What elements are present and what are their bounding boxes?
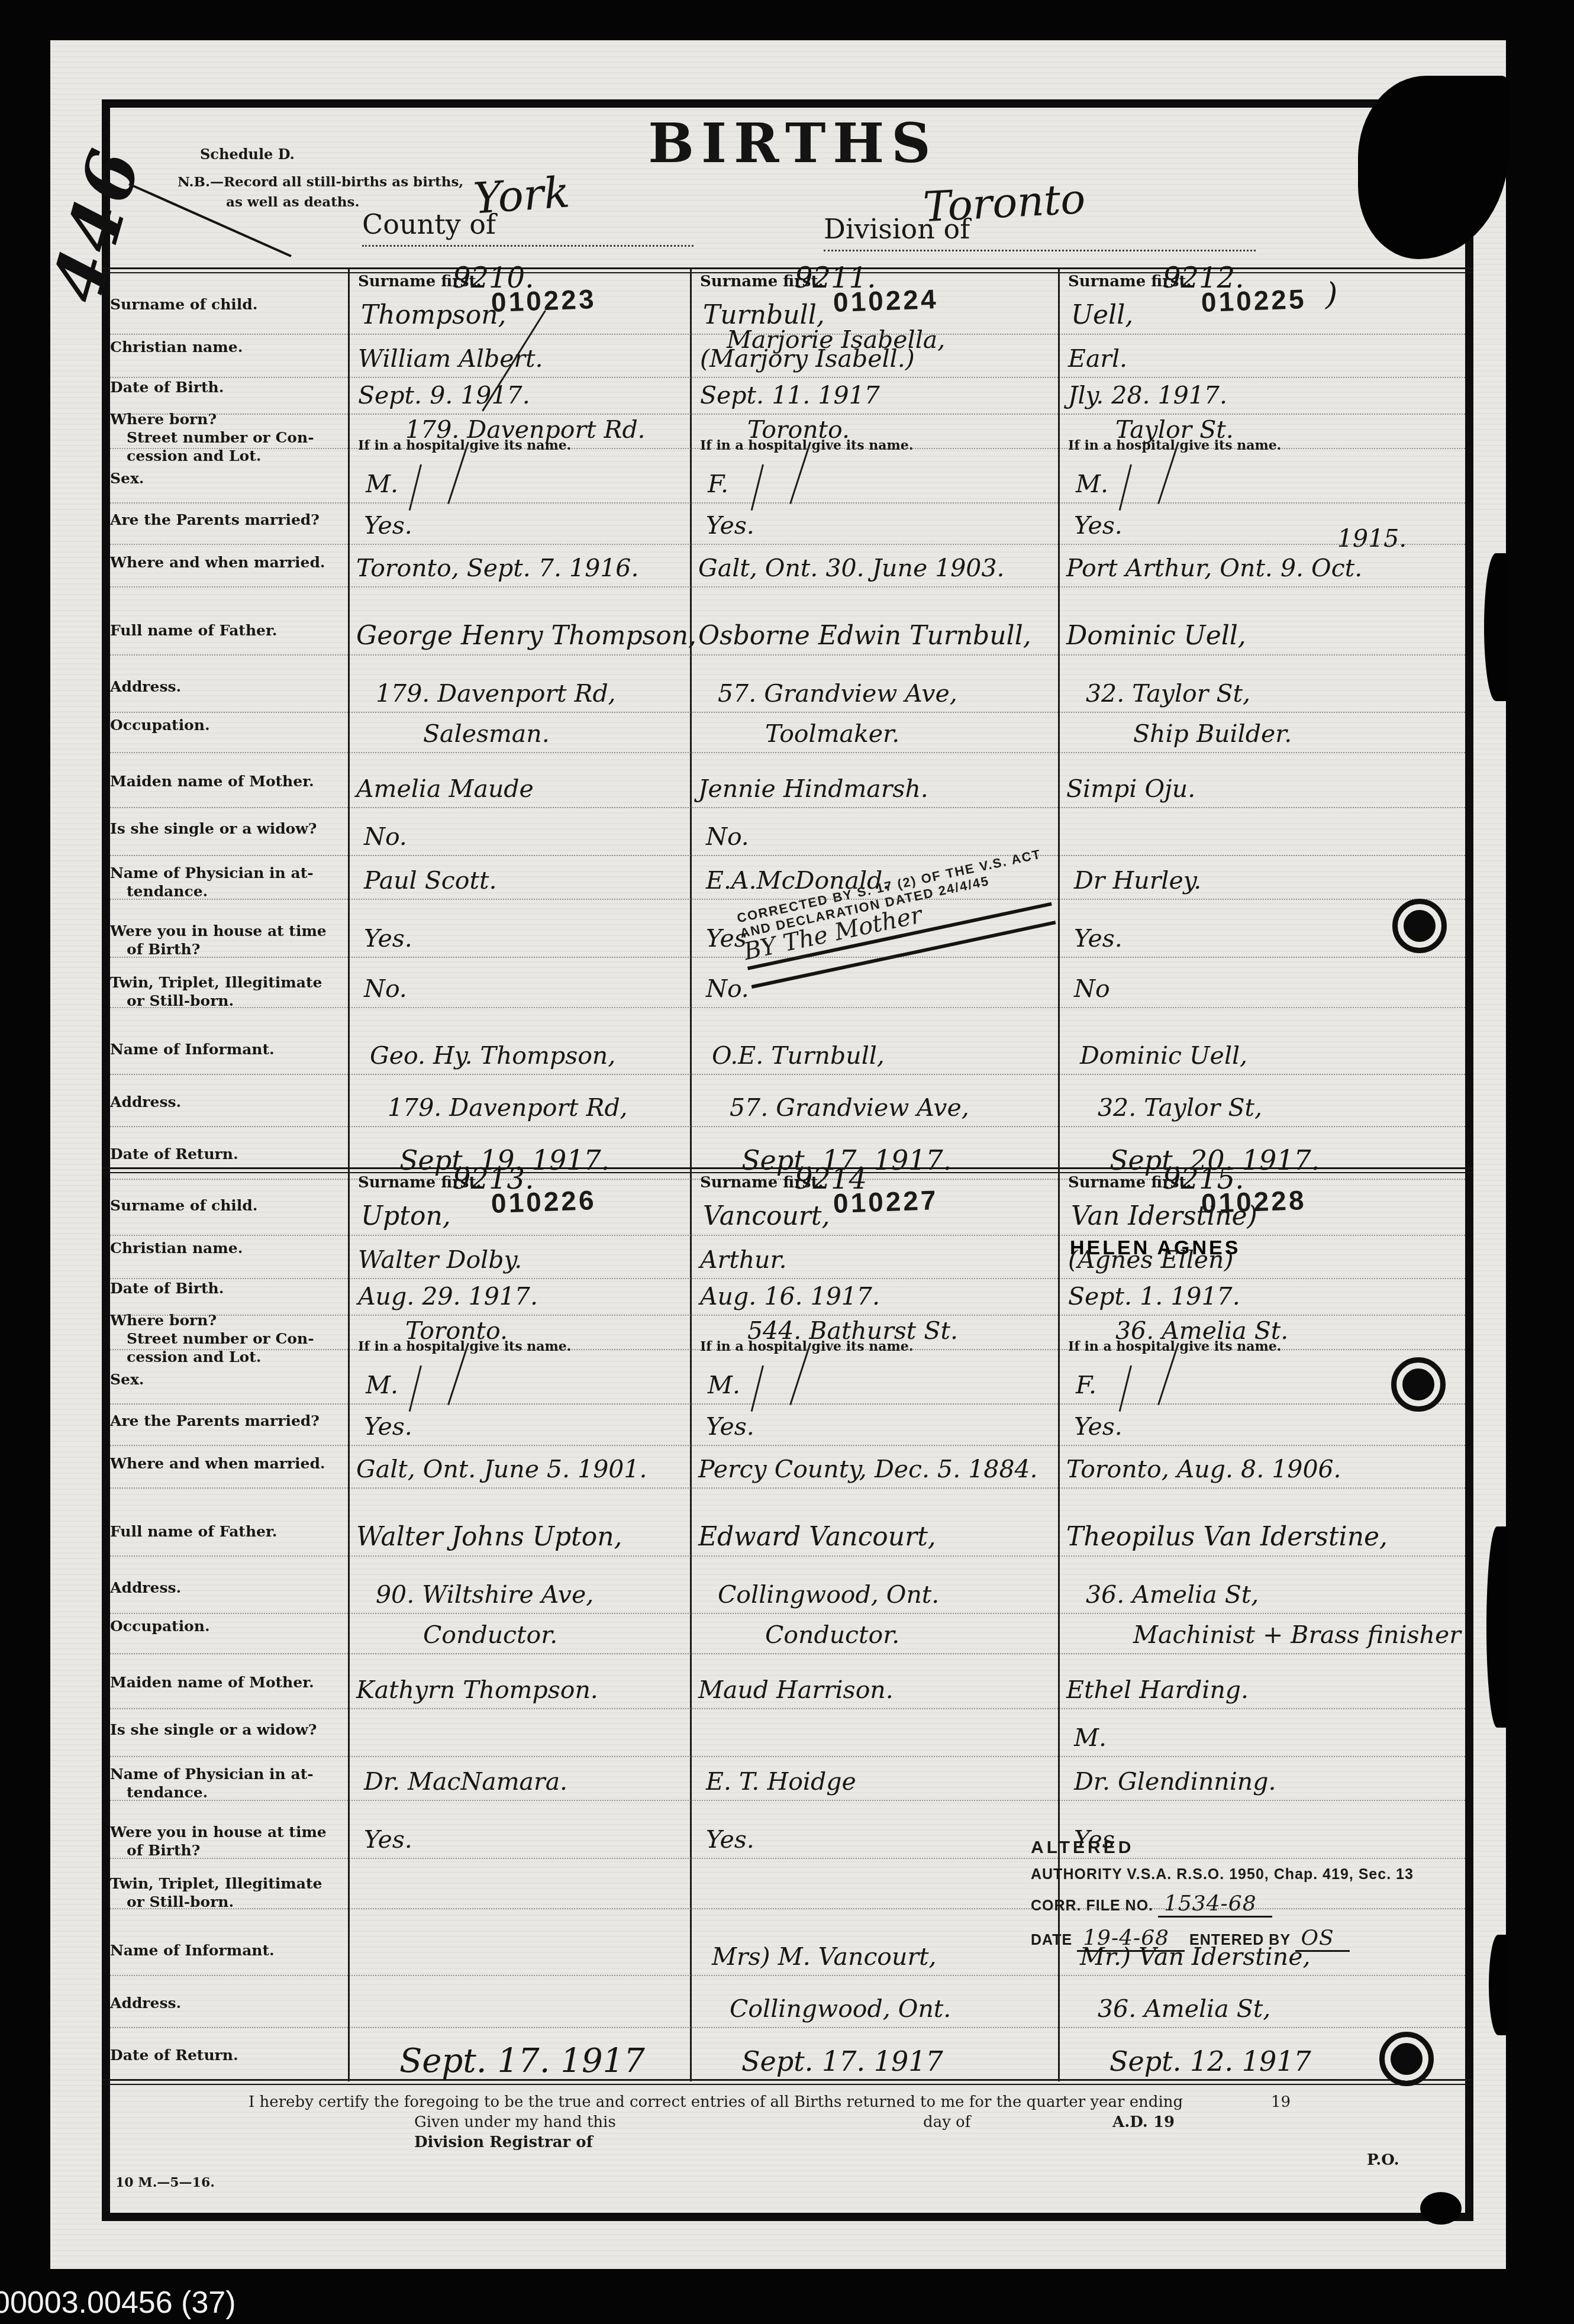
row-label-line: Date of Return. [110,2046,238,2064]
record-dob: Sept. 11. 1917 [700,382,880,409]
row-label-twin: Twin, Triplet, Illegitimateor Still-born… [110,1874,322,1911]
record-physician: Paul Scott. [364,867,496,894]
row-label-line: cession and Lot. [127,447,314,465]
rule-bottom-b [102,2084,1473,2085]
row-label-line: Is she single or a widow? [110,819,317,838]
record-christian: Walter Dolby. [358,1246,522,1273]
stamp-number: 010224 [833,283,938,318]
row-label-mother: Maiden name of Mother. [110,772,314,790]
check-tick [751,1366,764,1412]
record-dob: Jly. 28. 1917. [1068,382,1227,409]
record-married: Yes. [706,1413,754,1440]
record-where_born: 544. Bathurst St. [747,1317,958,1344]
check-tick [1119,1366,1132,1412]
punch-hole-2 [1396,1363,1440,1406]
record-sex: F. [1076,1371,1096,1399]
stamp-number: 010227 [833,1184,938,1219]
record-informant_address: 32. Taylor St, [1098,1094,1262,1121]
record-informant_address: Collingwood, Ont. [730,1995,951,2022]
county-value: York [472,167,571,223]
row-baseline [110,377,1465,378]
row-label-informant: Name of Informant. [110,1040,275,1058]
row-label-sex: Sex. [110,1370,144,1389]
row-label-dob: Date of Birth. [110,1279,224,1297]
record-where_married: Galt, Ont. 30. June 1903. [698,554,1005,582]
record-sex: M. [708,1371,740,1399]
record-father: Dominic Uell, [1066,622,1246,650]
row-baseline [110,1858,1465,1859]
row-baseline [110,414,1465,415]
record-surname: Upton, [361,1203,451,1230]
record-married: Yes. [706,512,754,539]
record-father_address: 32. Taylor St, [1086,680,1250,707]
record-mother: Ethel Harding. [1066,1676,1249,1703]
row-baseline [110,2080,1465,2081]
record-single_widow: M. [1074,1724,1107,1751]
row-label-line: tendance. [127,1783,314,1802]
row-baseline [110,1975,1465,1976]
record-informant: Mrs) M. Vancourt, [712,1943,937,1970]
row-label-christian: Christian name. [110,338,243,356]
microfilm-scan: 446 Schedule D. N.B.—Record all still-bi… [0,0,1574,2324]
record-block-1: Surname of child.Christian name.Date of … [102,269,1473,1170]
row-label-surname: Surname of child. [110,295,258,314]
row-baseline [110,752,1465,753]
record-married: Yes. [364,1413,412,1440]
division-rule [824,250,1256,251]
nb-note-line1: N.B.—Record all still-births as births, [178,174,463,190]
record-informant: Dominic Uell, [1080,1042,1247,1069]
row-label-informant_address: Address. [110,1093,181,1111]
record-mother: Maud Harrison. [698,1676,894,1703]
record-christian: Earl. [1068,345,1127,372]
record-date_of_return: Sept. 17. 1917 [741,2048,943,2075]
row-label-line: Date of Birth. [110,1279,224,1297]
row-label-line: Surname of child. [110,295,258,314]
row-baseline [110,1555,1465,1557]
record-twin: No [1074,975,1110,1002]
row-baseline [110,2027,1465,2028]
check-tick [751,464,764,511]
county-rule [362,245,694,247]
page-title: BIRTHS [609,111,976,175]
division-value: Toronto [922,175,1086,231]
row-baseline [110,544,1465,545]
record-single_widow: No. [706,823,749,850]
record-where_born: Toronto. [747,416,850,443]
record-mother: Simpi Oju. [1066,775,1195,802]
row-baseline [110,712,1465,713]
ad-label: A.D. 19 [1112,2113,1175,2131]
record-where_born: 36. Amelia St. [1115,1317,1288,1344]
row-label-line: Maiden name of Mother. [110,1673,314,1692]
row-label-line: Maiden name of Mother. [110,772,314,790]
row-label-line: Name of Informant. [110,1040,275,1058]
record-informant_address: 36. Amelia St, [1098,1995,1270,2022]
altered-corr-line: CORR. FILE NO. 1534-68 [1031,1892,1414,1918]
row-label-father: Full name of Father. [110,1522,278,1541]
record-where_born: Toronto. [405,1317,508,1344]
row-label-line: of Birth? [127,940,327,958]
record-where_married: Port Arthur, Ont. 9. Oct. [1066,554,1362,582]
row-label-line: Occupation. [110,716,210,734]
row-baseline [110,855,1465,856]
record-father: Osborne Edwin Turnbull, [698,622,1031,650]
row-baseline [110,1800,1465,1801]
row-label-line: Address. [110,1994,181,2012]
punch-hole-1 [1398,904,1441,948]
row-baseline [110,586,1465,588]
row-baseline [110,1445,1465,1446]
registrar-label: Division Registrar of [414,2133,593,2151]
record-married: Yes. [364,512,412,539]
record-physician: Dr Hurley. [1074,867,1201,894]
row-baseline [110,1074,1465,1075]
record-where_married: Toronto, Aug. 8. 1906. [1066,1455,1341,1483]
row-label-line: Street number or Con- [127,428,314,447]
row-baseline [110,1235,1465,1236]
row-label-sex: Sex. [110,469,144,488]
record-informant_address: 57. Grandview Ave, [730,1094,969,1121]
row-baseline [110,1007,1465,1008]
row-label-line: Twin, Triplet, Illegitimate [110,973,322,992]
record-occupation: Conductor. [423,1621,557,1648]
row-baseline [110,807,1465,808]
row-label-father: Full name of Father. [110,621,278,640]
stamp-number: 010225 [1201,283,1307,318]
row-label-where_born: Where born?Street number or Con-cession … [110,410,314,465]
record-married: Yes. [1074,512,1123,539]
row-label-single_widow: Is she single or a widow? [110,1721,317,1739]
row-label-single_widow: Is she single or a widow? [110,819,317,838]
row-baseline [110,1315,1465,1316]
record-occupation: Ship Builder. [1133,720,1292,747]
record-surname: Uell, [1071,302,1133,329]
record-column: Surname first.9210.010223If in a hospita… [349,269,691,1170]
check-tick [409,464,422,511]
record-in_house: Yes. [364,925,412,952]
row-label-in_house: Were you in house at timeof Birth? [110,922,327,958]
record-father: Theopilus Van Iderstine, [1066,1523,1388,1551]
record-column: Surname first.9215.010228If in a hospita… [1059,1170,1465,2081]
row-label-line: Christian name. [110,338,243,356]
scan-blob-edge-3 [1489,1935,1508,2035]
row-label-line: Street number or Con- [127,1329,314,1348]
row-label-father_address: Address. [110,677,181,696]
row-baseline [110,448,1465,449]
row-label-line: Is she single or a widow? [110,1721,317,1739]
row-label-line: Name of Informant. [110,1941,275,1960]
row-label-dob: Date of Birth. [110,378,224,396]
stamp-mark: ) [1325,281,1337,308]
row-label-line: Surname of child. [110,1196,258,1215]
row-label-physician: Name of Physician in at-tendance. [110,864,314,900]
row-baseline [110,1908,1465,1909]
row-label-where_married: Where and when married. [110,553,325,572]
row-baseline [110,1653,1465,1654]
nb-note-line2: as well as deaths. [226,194,360,210]
record-father_address: 57. Grandview Ave, [718,680,957,707]
row-label-date_of_return: Date of Return. [110,1145,238,1163]
row-label-line: Where born? [110,410,314,428]
row-baseline [110,1403,1465,1405]
record-married: Yes. [1074,1413,1123,1440]
record-occupation: Conductor. [765,1621,899,1648]
record-occupation: Salesman. [423,720,550,747]
row-baseline [110,899,1465,900]
check-tick [409,1366,422,1412]
row-label-line: of Birth? [127,1841,327,1860]
row-label-line: Were you in house at time [110,922,327,940]
record-mother: Amelia Maude [356,775,534,802]
row-label-physician: Name of Physician in at-tendance. [110,1765,314,1802]
row-baseline [110,334,1465,335]
row-baseline [110,654,1465,656]
row-label-occupation: Occupation. [110,1617,210,1635]
row-label-line: Date of Return. [110,1145,238,1163]
record-sex: M. [366,1371,398,1399]
row-baseline [110,1278,1465,1279]
record-physician: E. T. Hoidge [706,1768,856,1795]
row-label-line: Where and when married. [110,553,325,572]
scan-blob-bottom-right [1420,2192,1462,2225]
record-column: Surname first.9214010227If in a hospital… [691,1170,1059,2081]
given-line: Given under my hand this [414,2113,616,2131]
record-in_house: Yes. [364,1826,412,1853]
row-label-line: Where born? [110,1311,314,1329]
record-date_of_return: Sept. 12. 1917 [1109,2048,1311,2075]
row-label-line: Name of Physician in at- [110,864,314,882]
record-father: George Henry Thompson, [356,622,696,650]
record-date_of_return: Sept. 17. 1917 [399,2048,645,2075]
row-label-line: Were you in house at time [110,1823,327,1841]
row-label-line: Date of Birth. [110,378,224,396]
record-surname: Vancourt, [703,1203,830,1230]
row-label-line: Address. [110,1093,181,1111]
check-tick [1119,464,1132,511]
day-of-label: day of [923,2113,970,2131]
row-label-line: Sex. [110,1370,144,1389]
record-christian: (Marjory Isabell.) [700,345,915,372]
punch-hole-3 [1385,2037,1428,2081]
row-label-mother: Maiden name of Mother. [110,1673,314,1692]
row-label-line: Name of Physician in at- [110,1765,314,1783]
row-label-line: Christian name. [110,1239,243,1257]
record-christian: Arthur. [700,1246,787,1273]
record-mother: Jennie Hindmarsh. [698,775,928,802]
record-sex: F. [708,470,728,498]
row-label-married: Are the Parents married? [110,511,320,529]
row-label-informant: Name of Informant. [110,1941,275,1960]
row-baseline [110,957,1465,958]
schedule-label: Schedule D. [200,146,295,163]
record-mother: Kathyrn Thompson. [356,1676,598,1703]
record-twin: No. [364,975,407,1002]
altered-stamp: ALTEREDAUTHORITY V.S.A. R.S.O. 1950, Cha… [1031,1838,1414,1952]
row-label-in_house: Were you in house at timeof Birth? [110,1823,327,1860]
record-dob: Aug. 16. 1917. [700,1283,880,1310]
record-dob: Sept. 9. 1917. [358,382,530,409]
scan-blob-edge-1 [1484,553,1508,701]
record-informant_address: 179. Davenport Rd, [388,1094,628,1121]
row-baseline [110,1487,1465,1489]
record-where_married: Galt, Ont. June 5. 1901. [356,1455,647,1483]
record-twin: No. [706,975,749,1002]
certify-line: I hereby certify the foregoing to be the… [249,2093,1183,2111]
row-label-surname: Surname of child. [110,1196,258,1215]
row-label-occupation: Occupation. [110,716,210,734]
row-label-christian: Christian name. [110,1239,243,1257]
row-label-date_of_return: Date of Return. [110,2046,238,2064]
scan-blob-edge-2 [1486,1526,1508,1728]
record-father: Walter Johns Upton, [356,1523,622,1551]
record-occupation: Toolmaker. [765,720,899,747]
row-label-line: Occupation. [110,1617,210,1635]
row-label-where_born: Where born?Street number or Con-cession … [110,1311,314,1366]
row-label-line: Twin, Triplet, Illegitimate [110,1874,322,1893]
row-label-line: cession and Lot. [127,1348,314,1366]
row-label-informant_address: Address. [110,1994,181,2012]
record-physician: Dr. MacNamara. [364,1768,567,1795]
record-father_address: 179. Davenport Rd, [376,680,616,707]
film-frame-label: 00003.00456 (37) [0,2285,236,2320]
record-christian: (Agnes Ellen) [1068,1246,1233,1273]
record-single_widow: No. [364,823,407,850]
altered-date-line: DATE 19-4-68 ENTERED BY OS [1031,1926,1414,1952]
record-father: Edward Vancourt, [698,1523,936,1551]
row-label-twin: Twin, Triplet, Illegitimateor Still-born… [110,973,322,1010]
row-label-father_address: Address. [110,1579,181,1597]
row-label-married: Are the Parents married? [110,1412,320,1430]
record-informant: O.E. Turnbull, [712,1042,885,1069]
row-label-line: tendance. [127,882,314,900]
altered-entered-value: OS [1295,1926,1350,1952]
row-label-where_married: Where and when married. [110,1454,325,1473]
row-baseline [110,1126,1465,1127]
row-label-line: Address. [110,677,181,696]
record-column: Surname first.9211.010224If in a hospita… [691,269,1059,1170]
record-father_address: 36. Amelia St, [1086,1581,1259,1608]
form-code: 10 M.—5—16. [115,2175,215,2190]
row-baseline [110,502,1465,503]
row-label-line: Full name of Father. [110,621,278,640]
record-column: Surname first.9213.010226If in a hospita… [349,1170,691,2081]
record-father_address: 90. Wiltshire Ave, [376,1581,594,1608]
record-father_address: Collingwood, Ont. [718,1581,939,1608]
record-sex: M. [1076,470,1108,498]
row-baseline [110,1756,1465,1757]
record-in_house: Yes. [706,1826,754,1853]
record-where_born: 179. Davenport Rd. [405,416,646,443]
altered-title: ALTERED [1031,1838,1414,1858]
record-occupation: Machinist + Brass finisher [1133,1621,1461,1648]
row-label-line: Are the Parents married? [110,511,320,529]
record-informant: Geo. Hy. Thompson, [370,1042,615,1069]
record-in_house: Yes. [1074,925,1123,952]
record-surname: Thompson, [361,302,506,329]
record-where_married: Toronto, Sept. 7. 1916. [356,554,638,582]
record-column: Surname first.9212.010225)If in a hospit… [1059,269,1465,1170]
altered-corr-value: 1534-68 [1158,1892,1272,1918]
record-physician: Dr. Glendinning. [1074,1768,1276,1795]
row-label-line: Address. [110,1579,181,1597]
record-where_born: Taylor St. [1115,416,1234,443]
record-surname: Van Iderstine) [1071,1203,1257,1230]
row-baseline [110,1708,1465,1709]
row-baseline [110,1349,1465,1350]
row-label-line: Sex. [110,469,144,488]
record-dob: Sept. 1. 1917. [1068,1283,1240,1310]
record-dob: Aug. 29. 1917. [358,1283,538,1310]
row-label-line: Where and when married. [110,1454,325,1473]
row-baseline [110,1613,1465,1614]
record-where_married: Percy County, Dec. 5. 1884. [698,1455,1038,1483]
record-sex: M. [366,470,398,498]
row-label-line: Are the Parents married? [110,1412,320,1430]
altered-authority: AUTHORITY V.S.A. R.S.O. 1950, Chap. 419,… [1031,1866,1414,1883]
altered-date-value: 19-4-68 [1077,1926,1185,1952]
record-where_married_above: 1915. [1337,525,1407,552]
stamp-number: 010226 [491,1184,596,1219]
row-label-line: Full name of Father. [110,1522,278,1541]
certify-year: 19 [1271,2093,1291,2111]
po-label: P.O. [1367,2151,1399,2169]
record-block-2: Surname of child.Christian name.Date of … [102,1170,1473,2081]
